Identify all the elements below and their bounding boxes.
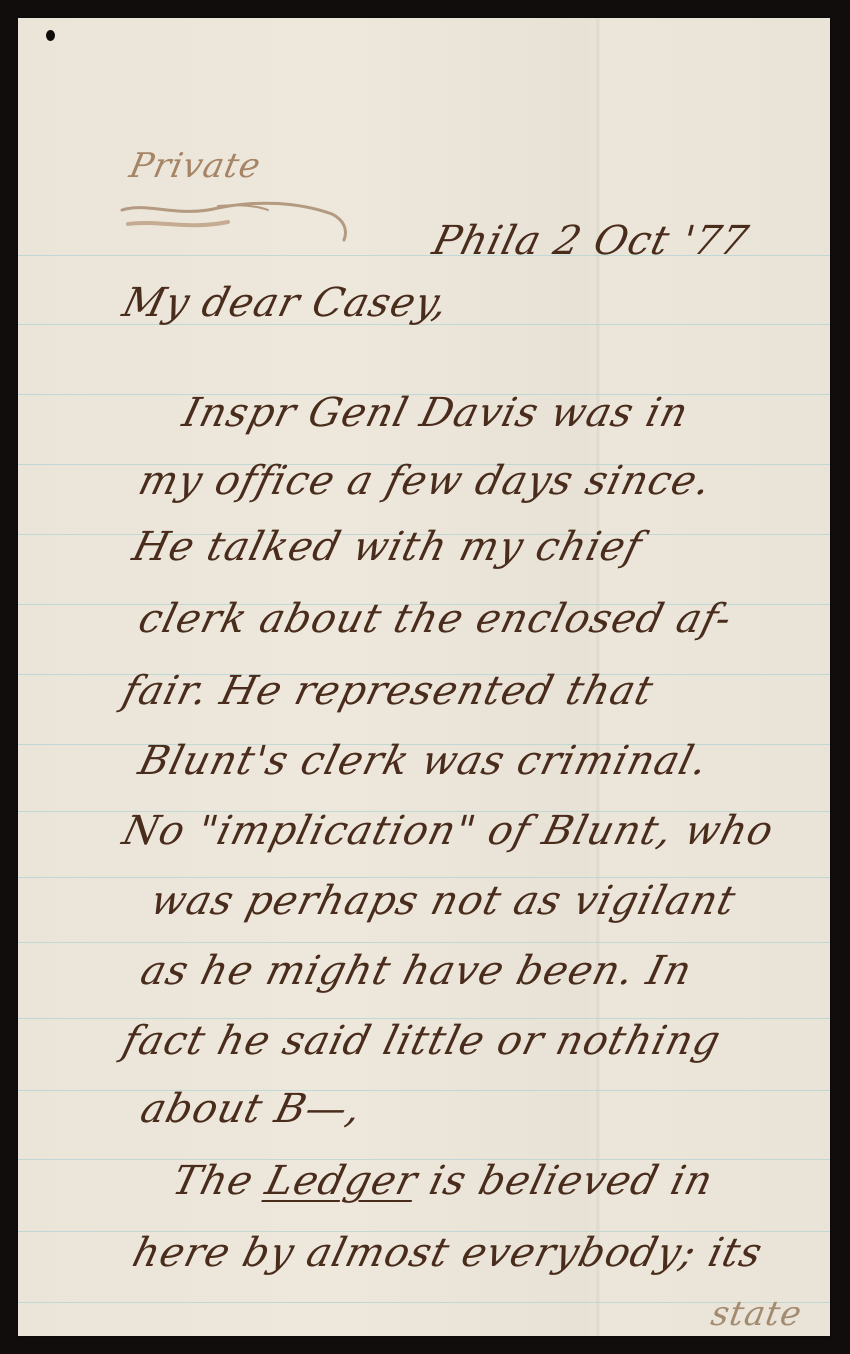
letter-line: was perhaps not as vigilant — [146, 878, 741, 924]
letter-line: fair. He represented that — [118, 668, 658, 714]
letter-line: No "implication" of Blunt, who — [118, 808, 779, 854]
ruled-line — [18, 942, 830, 943]
letter-line-ledger: The Ledger is believed in — [168, 1158, 718, 1204]
letter-line: my office a few days since. — [134, 458, 716, 504]
letter-line: fact he said little or nothing — [118, 1018, 726, 1064]
ruled-line — [18, 1302, 830, 1303]
place-date: Phila 2 Oct '77 — [428, 218, 753, 264]
punch-hole — [46, 30, 55, 41]
letter-line: Inspr Genl Davis was in — [178, 390, 693, 436]
private-annotation: Private — [126, 146, 265, 186]
letter-line: clerk about the enclosed af- — [134, 596, 737, 642]
newspaper-title-ledger: Ledger — [261, 1158, 423, 1204]
letter-line: He talked with my chief — [128, 524, 647, 570]
flourish-underline-icon — [118, 196, 358, 244]
salutation: My dear Casey, — [118, 280, 453, 326]
letter-line: about B—, — [136, 1086, 367, 1132]
ledger-after: is believed in — [411, 1158, 718, 1204]
letter-line: as he might have been. In — [136, 948, 697, 994]
letter-page: Private Phila 2 Oct '77 My dear Casey, I… — [18, 18, 830, 1336]
letter-line: Blunt's clerk was criminal. — [134, 738, 713, 784]
letter-line: here by almost everybody; its — [128, 1230, 767, 1276]
ledger-before: The — [168, 1158, 272, 1204]
ruled-line — [18, 1090, 830, 1091]
catchword: state — [708, 1294, 805, 1334]
